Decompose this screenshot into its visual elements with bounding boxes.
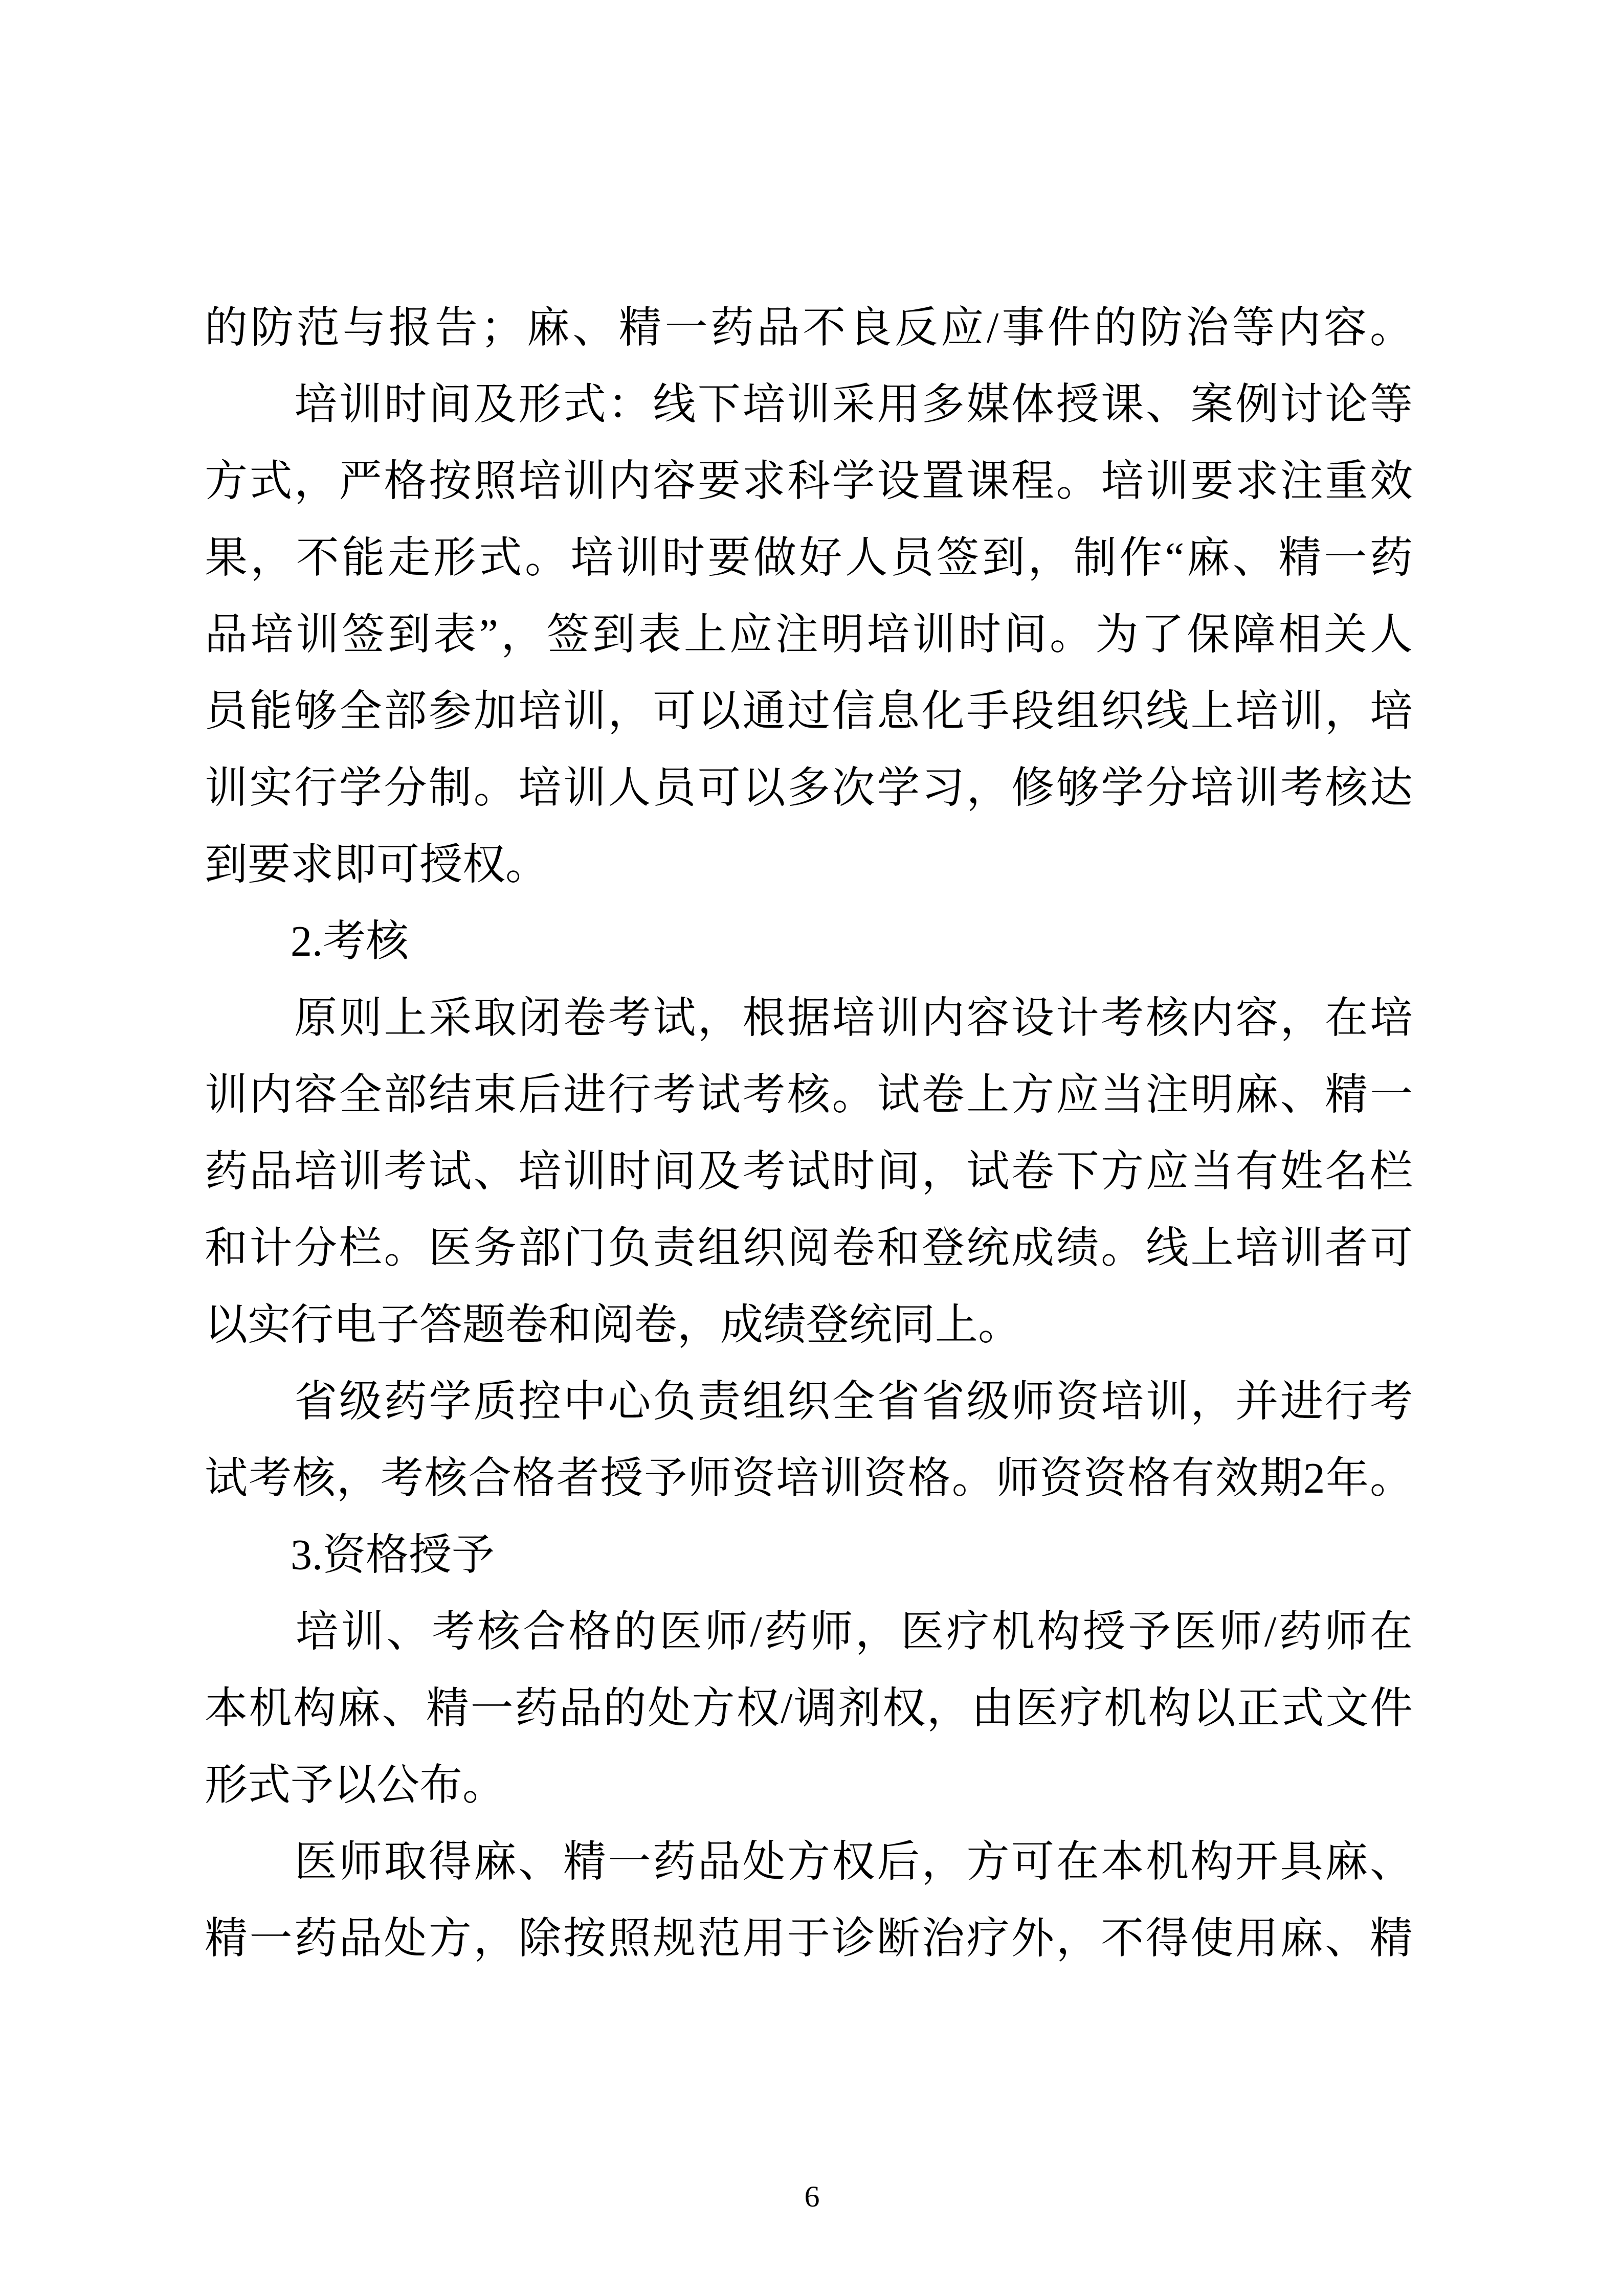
text-line: 省级药学质控中心负责组织全省省级师资培训，并进行考: [205, 1364, 1413, 1440]
text-line: 试考核，考核合格者授予师资培训资格。师资资格有效期2年。: [205, 1440, 1413, 1517]
text-line: 员能够全部参加培训，可以通过信息化手段组织线上培训，培: [205, 673, 1413, 750]
text-line: 形式予以公布。: [205, 1747, 1413, 1824]
text-line: 果，不能走形式。培训时要做好人员签到，制作“麻、精一药: [205, 520, 1413, 597]
text-line: 训内容全部结束后进行考试考核。试卷上方应当注明麻、精一: [205, 1057, 1413, 1134]
text-line: 3.资格授予: [205, 1517, 1413, 1594]
text-line: 以实行电子答题卷和阅卷，成绩登统同上。: [205, 1287, 1413, 1364]
text-line: 和计分栏。医务部门负责组织阅卷和登统成绩。线上培训者可: [205, 1210, 1413, 1287]
text-line: 2.考核: [205, 904, 1413, 980]
text-line: 培训、考核合格的医师/药师，医疗机构授予医师/药师在: [205, 1594, 1413, 1671]
text-line: 的防范与报告；麻、精一药品不良反应/事件的防治等内容。: [205, 290, 1413, 367]
text-line: 药品培训考试、培训时间及考试时间，试卷下方应当有姓名栏: [205, 1134, 1413, 1210]
text-line: 品培训签到表”，签到表上应注明培训时间。为了保障相关人: [205, 597, 1413, 673]
page-number: 6: [0, 2179, 1624, 2213]
text-line: 训实行学分制。培训人员可以多次学习，修够学分培训考核达: [205, 750, 1413, 827]
text-line: 精一药品处方，除按照规范用于诊断治疗外，不得使用麻、精: [205, 1901, 1413, 1977]
document-text: 的防范与报告；麻、精一药品不良反应/事件的防治等内容。 培训时间及形式：线下培训…: [205, 290, 1413, 1977]
text-line: 方式，严格按照培训内容要求科学设置课程。培训要求注重效: [205, 443, 1413, 520]
text-line: 到要求即可授权。: [205, 827, 1413, 904]
text-line: 原则上采取闭卷考试，根据培训内容设计考核内容，在培: [205, 980, 1413, 1057]
text-line: 本机构麻、精一药品的处方权/调剂权，由医疗机构以正式文件: [205, 1671, 1413, 1747]
text-line: 医师取得麻、精一药品处方权后，方可在本机构开具麻、: [205, 1824, 1413, 1901]
document-page: 的防范与报告；麻、精一药品不良反应/事件的防治等内容。 培训时间及形式：线下培训…: [0, 0, 1624, 2296]
text-line: 培训时间及形式：线下培训采用多媒体授课、案例讨论等: [205, 367, 1413, 443]
